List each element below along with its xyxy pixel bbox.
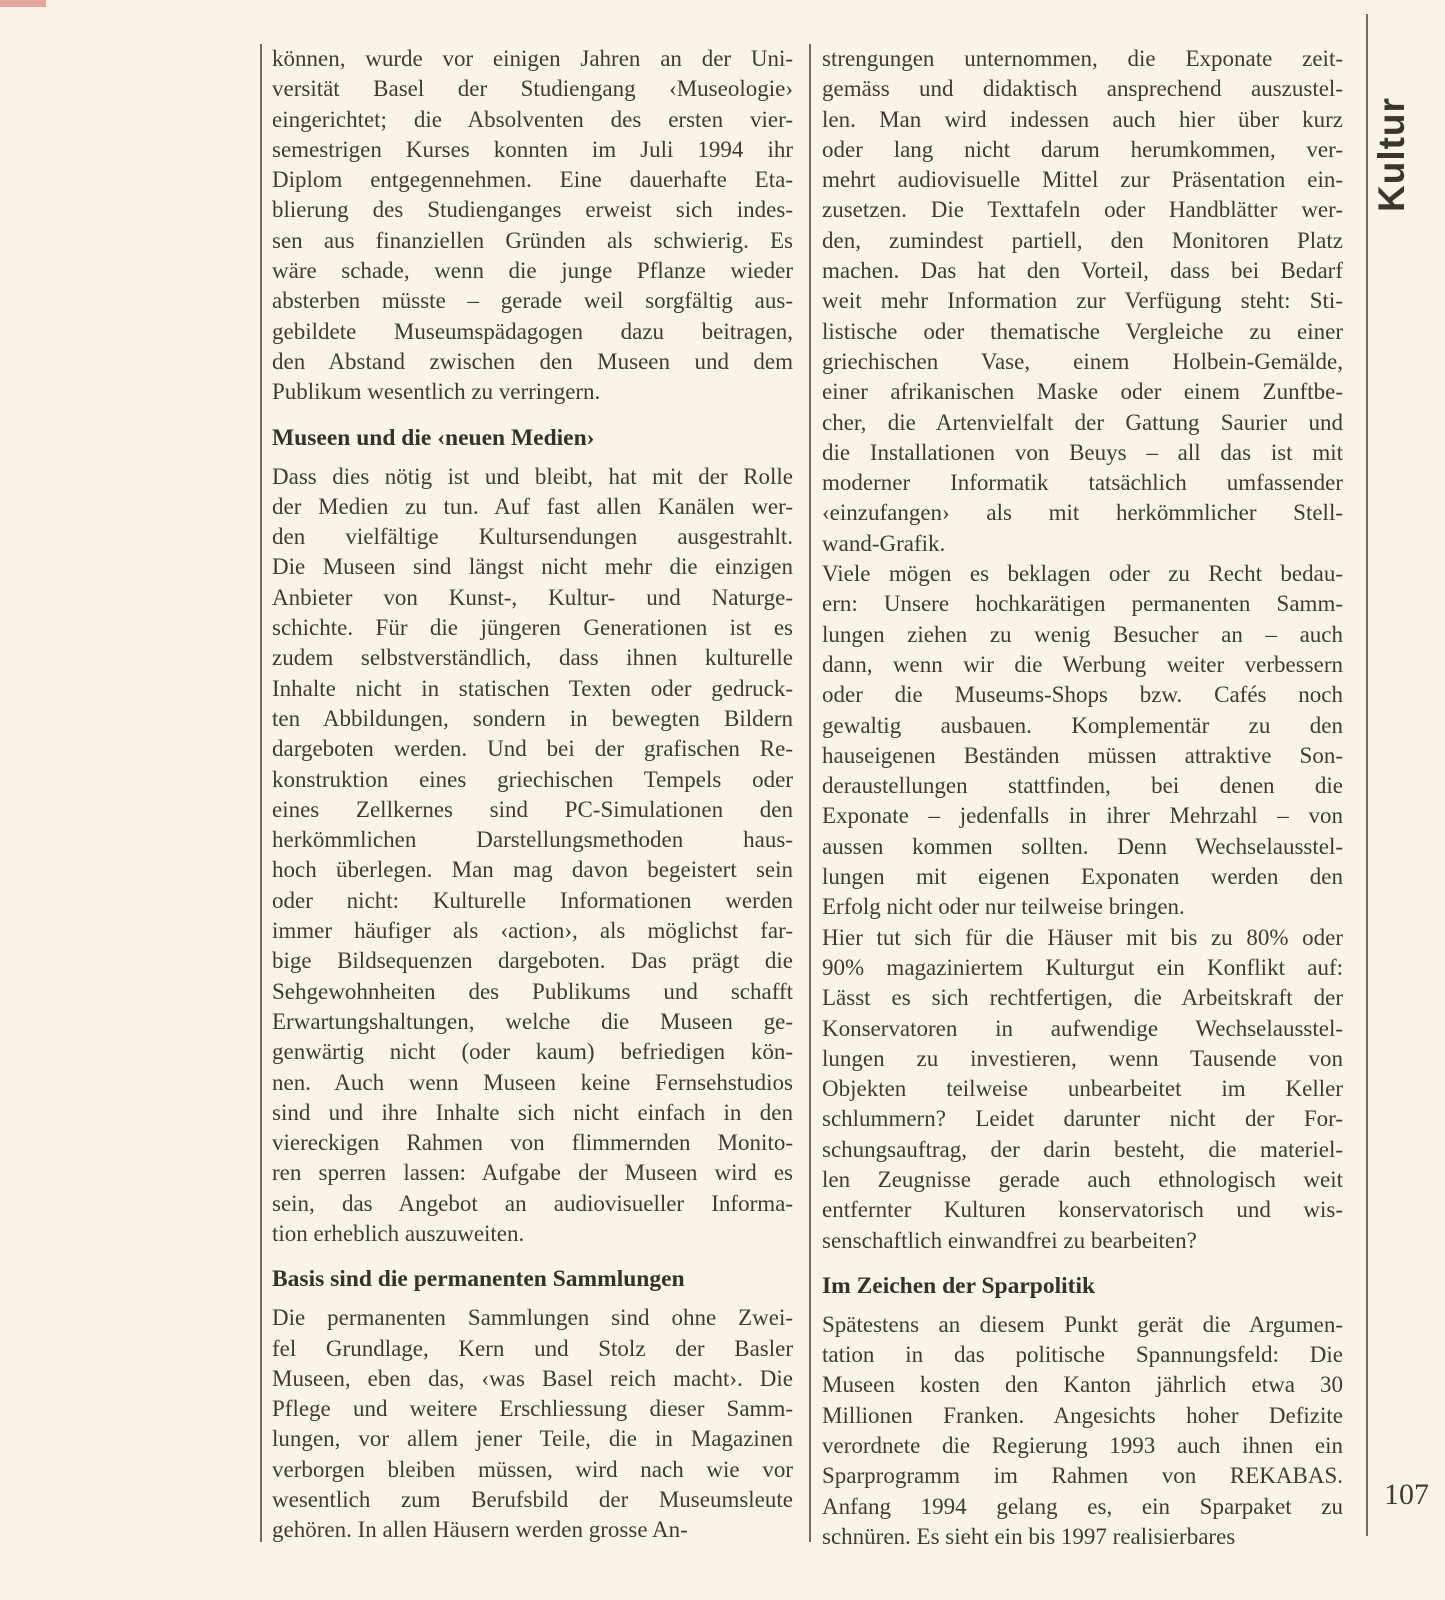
text-line: ten Abbildungen, sondern in bewegten Bil… bbox=[272, 704, 793, 734]
text-line: hoch überlegen. Man mag davon begeistert… bbox=[272, 855, 793, 885]
text-line: Erfolg nicht oder nur teilweise bringen. bbox=[822, 892, 1343, 922]
text-line: lungen mit eigenen Exponaten werden den bbox=[822, 862, 1343, 892]
text-line: zudem selbstverständlich, dass ihnen kul… bbox=[272, 643, 793, 673]
left-text-column: können, wurde vor einigen Jahren an der … bbox=[272, 44, 793, 1546]
text-line: schnüren. Es sieht ein bis 1997 realisie… bbox=[822, 1522, 1343, 1552]
section-heading: Museen und die ‹neuen Medien› bbox=[272, 424, 793, 453]
text-line: hauseigenen Beständen müssen attraktive … bbox=[822, 741, 1343, 771]
section-margin-label: Kultur bbox=[1368, 40, 1416, 212]
text-line: fel Grundlage, Kern und Stolz der Basler bbox=[272, 1334, 793, 1364]
text-line: gewaltig ausbauen. Komplementär zu den bbox=[822, 711, 1343, 741]
text-line: sen aus finanziellen Gründen als schwier… bbox=[272, 226, 793, 256]
text-line: verborgen bleiben müssen, wird nach wie … bbox=[272, 1455, 793, 1485]
text-line: schungsauftrag, der darin besteht, die m… bbox=[822, 1135, 1343, 1165]
text-line: verordnete die Regierung 1993 auch ihnen… bbox=[822, 1431, 1343, 1461]
text-line: schichte. Für die jüngeren Generationen … bbox=[272, 613, 793, 643]
text-line: herkömmlichen Darstellungsmethoden haus- bbox=[272, 825, 793, 855]
text-line: den Abstand zwischen den Museen und dem bbox=[272, 347, 793, 377]
margin-rule bbox=[1366, 14, 1368, 1536]
text-line: mehrt audiovisuelle Mittel zur Präsentat… bbox=[822, 165, 1343, 195]
paragraph: Spätestens an diesem Punkt gerät die Arg… bbox=[822, 1310, 1343, 1552]
text-line: der Medien zu tun. Auf fast allen Kanäle… bbox=[272, 492, 793, 522]
text-line: viereckigen Rahmen von flimmernden Monit… bbox=[272, 1128, 793, 1158]
text-line: tation in das politische Spannungsfeld: … bbox=[822, 1340, 1343, 1370]
text-line: len Zeugnisse gerade auch ethnologisch w… bbox=[822, 1165, 1343, 1195]
text-line: nen. Auch wenn Museen keine Fernsehstudi… bbox=[272, 1068, 793, 1098]
text-line: immer häufiger als ‹action›, als möglich… bbox=[272, 916, 793, 946]
text-line: zusetzen. Die Texttafeln oder Handblätte… bbox=[822, 195, 1343, 225]
text-line: machen. Das hat den Vorteil, dass bei Be… bbox=[822, 256, 1343, 286]
text-line: Diplom entgegennehmen. Eine dauerhafte E… bbox=[272, 165, 793, 195]
text-line: können, wurde vor einigen Jahren an der … bbox=[272, 44, 793, 74]
text-line: aussen kommen sollten. Denn Wechselausst… bbox=[822, 832, 1343, 862]
text-line: den vielfältige Kultursendungen ausgestr… bbox=[272, 522, 793, 552]
text-line: Museen kosten den Kanton jährlich etwa 3… bbox=[822, 1370, 1343, 1400]
text-line: ren sperren lassen: Aufgabe der Museen w… bbox=[272, 1158, 793, 1188]
text-line: Anbieter von Kunst-, Kultur- und Naturge… bbox=[272, 583, 793, 613]
text-line: einer afrikanischen Maske oder einem Zun… bbox=[822, 377, 1343, 407]
right-text-column: strengungen unternommen, die Exponate ze… bbox=[822, 44, 1343, 1552]
paragraph: können, wurde vor einigen Jahren an der … bbox=[272, 44, 793, 408]
text-line: lungen, vor allem jener Teile, die in Ma… bbox=[272, 1424, 793, 1454]
text-line: absterben müsste – gerade weil sorgfälti… bbox=[272, 286, 793, 316]
column-divider-rule bbox=[809, 44, 811, 1542]
text-line: Publikum wesentlich zu verringern. bbox=[272, 377, 793, 407]
text-line: konstruktion eines griechischen Tempels … bbox=[272, 765, 793, 795]
text-line: Erwartungshaltungen, welche die Museen g… bbox=[272, 1007, 793, 1037]
text-line: lungen zu investieren, wenn Tausende von bbox=[822, 1044, 1343, 1074]
text-line: schlummern? Leidet darunter nicht der Fo… bbox=[822, 1104, 1343, 1134]
text-line: Inhalte nicht in statischen Texten oder … bbox=[272, 674, 793, 704]
text-line: gebildete Museumspädagogen dazu beitrage… bbox=[272, 317, 793, 347]
text-line: oder lang nicht darum herumkommen, ver- bbox=[822, 135, 1343, 165]
text-line: oder nicht: Kulturelle Informationen wer… bbox=[272, 886, 793, 916]
text-line: Viele mögen es beklagen oder zu Recht be… bbox=[822, 559, 1343, 589]
text-line: weit mehr Information zur Verfügung steh… bbox=[822, 286, 1343, 316]
text-line: die Installationen von Beuys – all das i… bbox=[822, 438, 1343, 468]
paragraph: Viele mögen es beklagen oder zu Recht be… bbox=[822, 559, 1343, 923]
text-line: Lässt es sich rechtfertigen, die Arbeits… bbox=[822, 983, 1343, 1013]
text-line: moderner Informatik tatsächlich umfassen… bbox=[822, 468, 1343, 498]
paragraph: Hier tut sich für die Häuser mit bis zu … bbox=[822, 923, 1343, 1256]
text-line: Millionen Franken. Angesichts hoher Defi… bbox=[822, 1401, 1343, 1431]
text-line: oder die Museums-Shops bzw. Cafés noch bbox=[822, 680, 1343, 710]
text-line: strengungen unternommen, die Exponate ze… bbox=[822, 44, 1343, 74]
text-line: lungen ziehen zu wenig Besucher an – auc… bbox=[822, 620, 1343, 650]
text-line: sind und ihre Inhalte sich nicht einfach… bbox=[272, 1098, 793, 1128]
text-line: gemäss und didaktisch ansprechend auszus… bbox=[822, 74, 1343, 104]
text-line: genwärtig nicht (oder kaum) befriedigen … bbox=[272, 1037, 793, 1067]
text-line: wesentlich zum Berufsbild der Museumsleu… bbox=[272, 1485, 793, 1515]
paragraph: strengungen unternommen, die Exponate ze… bbox=[822, 44, 1343, 559]
text-line: dargeboten werden. Und bei der grafische… bbox=[272, 734, 793, 764]
text-line: griechischen Vase, einem Holbein-Gemälde… bbox=[822, 347, 1343, 377]
text-line: blierung des Studienganges erweist sich … bbox=[272, 195, 793, 225]
section-heading: Im Zeichen der Sparpolitik bbox=[822, 1272, 1343, 1301]
text-line: Konservatoren in aufwendige Wechselausst… bbox=[822, 1014, 1343, 1044]
text-line: Dass dies nötig ist und bleibt, hat mit … bbox=[272, 462, 793, 492]
text-line: ern: Unsere hochkarätigen permanenten Sa… bbox=[822, 589, 1343, 619]
text-line: Sehgewohnheiten des Publikums und schaff… bbox=[272, 977, 793, 1007]
text-line: Museen, eben das, ‹was Basel reich macht… bbox=[272, 1364, 793, 1394]
text-line: versität Basel der Studiengang ‹Museolog… bbox=[272, 74, 793, 104]
text-line: bige Bildsequenzen dargeboten. Das prägt… bbox=[272, 946, 793, 976]
text-line: ‹einzufangen› als mit herkömmlicher Stel… bbox=[822, 498, 1343, 528]
text-line: dann, wenn wir die Werbung weiter verbes… bbox=[822, 650, 1343, 680]
text-line: wand-Grafik. bbox=[822, 529, 1343, 559]
scan-artifact-mark bbox=[0, 0, 46, 7]
text-line: len. Man wird indessen auch hier über ku… bbox=[822, 105, 1343, 135]
text-line: Pflege und weitere Erschliessung dieser … bbox=[272, 1394, 793, 1424]
page-number: 107 bbox=[1384, 1478, 1429, 1512]
text-line: 90% magaziniertem Kulturgut ein Konflikt… bbox=[822, 953, 1343, 983]
text-line: eines Zellkernes sind PC-Simulationen de… bbox=[272, 795, 793, 825]
text-line: deraustellungen stattfinden, bei denen d… bbox=[822, 771, 1343, 801]
text-line: senschaftlich einwandfrei zu bearbeiten? bbox=[822, 1226, 1343, 1256]
text-line: sein, das Angebot an audiovisueller Info… bbox=[272, 1189, 793, 1219]
text-line: entfernter Kulturen konservatorisch und … bbox=[822, 1195, 1343, 1225]
text-line: eingerichtet; die Absolventen des ersten… bbox=[272, 105, 793, 135]
text-line: Anfang 1994 gelang es, ein Sparpaket zu bbox=[822, 1492, 1343, 1522]
text-line: tion erheblich auszuweiten. bbox=[272, 1219, 793, 1249]
text-line: Exponate – jedenfalls in ihrer Mehrzahl … bbox=[822, 801, 1343, 831]
paragraph: Dass dies nötig ist und bleibt, hat mit … bbox=[272, 462, 793, 1250]
text-line: Objekten teilweise unbearbeitet im Kelle… bbox=[822, 1074, 1343, 1104]
text-line: den, zumindest partiell, den Monitoren P… bbox=[822, 226, 1343, 256]
text-line: Hier tut sich für die Häuser mit bis zu … bbox=[822, 923, 1343, 953]
section-heading: Basis sind die permanenten Sammlungen bbox=[272, 1265, 793, 1294]
text-line: Sparprogramm im Rahmen von REKABAS. bbox=[822, 1461, 1343, 1491]
left-column-rule bbox=[260, 44, 262, 1542]
text-line: Die Museen sind längst nicht mehr die ei… bbox=[272, 552, 793, 582]
scanned-page: können, wurde vor einigen Jahren an der … bbox=[0, 0, 1445, 1600]
text-line: Die permanenten Sammlungen sind ohne Zwe… bbox=[272, 1303, 793, 1333]
text-line: semestrigen Kurses konnten im Juli 1994 … bbox=[272, 135, 793, 165]
text-line: cher, die Artenvielfalt der Gattung Saur… bbox=[822, 408, 1343, 438]
text-line: wäre schade, wenn die junge Pflanze wied… bbox=[272, 256, 793, 286]
text-line: gehören. In allen Häusern werden grosse … bbox=[272, 1515, 793, 1545]
paragraph: Die permanenten Sammlungen sind ohne Zwe… bbox=[272, 1303, 793, 1545]
text-line: Spätestens an diesem Punkt gerät die Arg… bbox=[822, 1310, 1343, 1340]
text-line: listische oder thematische Vergleiche zu… bbox=[822, 317, 1343, 347]
